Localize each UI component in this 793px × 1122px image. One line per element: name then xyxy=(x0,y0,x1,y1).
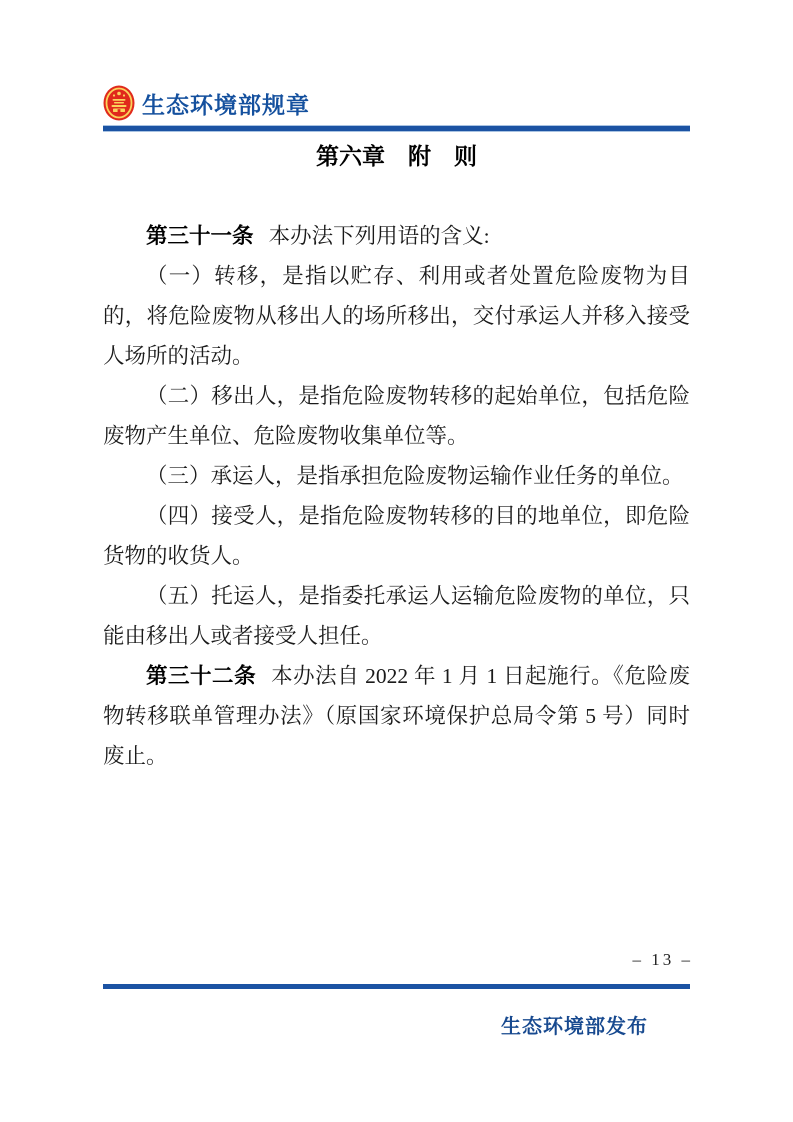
definition-3-text: （三）承运人，是指承担危险废物运输作业任务的单位。 xyxy=(146,464,684,488)
paragraph-article-31: 第三十一条本办法下列用语的含义: xyxy=(103,216,690,256)
article-31-number: 第三十一条 xyxy=(146,224,254,248)
document-page: 生态环境部规章 第六章 附 则 第三十一条本办法下列用语的含义: （一）转移，是… xyxy=(0,0,793,1122)
header-divider xyxy=(103,125,690,132)
header-agency-label: 生态环境部规章 xyxy=(142,87,310,120)
paragraph-definition-4: （四）接受人，是指危险废物转移的目的地单位，即危险货物的收货人。 xyxy=(103,496,690,576)
chapter-title: 第六章 附 则 xyxy=(0,138,793,171)
header-brand: 生态环境部规章 xyxy=(103,84,690,122)
national-emblem-icon xyxy=(103,85,135,121)
paragraph-definition-2: （二）移出人，是指危险废物转移的起始单位，包括危险废物产生单位、危险废物收集单位… xyxy=(103,376,690,456)
article-32-number: 第三十二条 xyxy=(146,664,256,688)
paragraph-definition-5: （五）托运人，是指委托承运人运输危险废物的单位，只能由移出人或者接受人担任。 xyxy=(103,576,690,656)
article-31-text: 本办法下列用语的含义: xyxy=(269,224,490,248)
publisher-label: 生态环境部发布 xyxy=(501,1010,648,1039)
paragraph-article-32: 第三十二条本办法自 2022 年 1 月 1 日起施行。《危险废物转移联单管理办… xyxy=(103,656,690,776)
page-number: – 13 – xyxy=(633,950,694,970)
definition-4-text: （四）接受人，是指危险废物转移的目的地单位，即危险货物的收货人。 xyxy=(103,504,690,568)
definition-2-text: （二）移出人，是指危险废物转移的起始单位，包括危险废物产生单位、危险废物收集单位… xyxy=(103,384,690,448)
document-body: 第三十一条本办法下列用语的含义: （一）转移，是指以贮存、利用或者处置危险废物为… xyxy=(103,216,690,776)
definition-5-text: （五）托运人，是指委托承运人运输危险废物的单位，只能由移出人或者接受人担任。 xyxy=(103,584,690,648)
paragraph-definition-1: （一）转移，是指以贮存、利用或者处置危险废物为目的，将危险废物从移出人的场所移出… xyxy=(103,256,690,376)
page-header: 生态环境部规章 xyxy=(103,84,690,132)
footer-divider xyxy=(103,984,690,989)
paragraph-definition-3: （三）承运人，是指承担危险废物运输作业任务的单位。 xyxy=(103,456,690,496)
definition-1-text: （一）转移，是指以贮存、利用或者处置危险废物为目的，将危险废物从移出人的场所移出… xyxy=(103,264,690,368)
